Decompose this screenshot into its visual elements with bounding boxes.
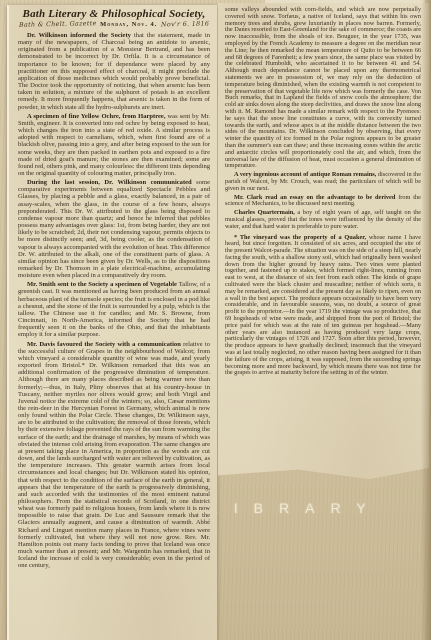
paragraph-lead: Mr. Smith sent to the Society a specimen… xyxy=(27,281,179,288)
article-paragraph: some valleys abounded with corn-fields, … xyxy=(225,7,421,170)
paragraph-lead: Mr. Davis favoured the Society with a co… xyxy=(27,341,183,348)
article-paragraph: Dr. Wilkinson informed the Society that … xyxy=(18,32,210,111)
clipping-left-column: Bath Literary & Philosophical Society, B… xyxy=(7,5,217,640)
article-paragraph: Mr. Clark read an essay on the advantage… xyxy=(225,195,421,209)
article-subline: Bath & Chelt. Gazette Monday, Nov. 4. No… xyxy=(19,21,209,28)
paragraph-lead: A specimen of fine Yellow Ochre, from Ha… xyxy=(27,113,167,120)
article-left-column-text: Dr. Wilkinson informed the Society that … xyxy=(18,32,210,570)
handwritten-source-annotation: Bath & Chelt. Gazette xyxy=(19,20,97,29)
article-paragraph: * The vineyard was the property of a Qua… xyxy=(225,235,421,378)
library-stamp: LIBRARY xyxy=(210,500,420,516)
article-paragraph: Mr. Smith sent to the Society a specimen… xyxy=(18,281,210,338)
article-paragraph: During the last session, Dr. Wilkinson c… xyxy=(18,179,210,279)
paragraph-lead: During the last session, Dr. Wilkinson c… xyxy=(27,179,196,186)
article-paragraph: A very ingenious account of antique Roma… xyxy=(225,172,421,192)
article-paragraph: Mr. Davis favoured the Society with a co… xyxy=(18,341,210,570)
paragraph-lead: Dr. Wilkinson informed the Society xyxy=(27,32,134,39)
article-paragraph: Charles Quartermain, a boy of eight year… xyxy=(225,210,421,230)
scrapbook-page: LIBRARY Bath Literary & Philosophical So… xyxy=(0,0,431,640)
article-right-column-text: some valleys abounded with corn-fields, … xyxy=(225,7,421,377)
handwritten-date-annotation: Nov'r 6. 1816 xyxy=(161,20,209,28)
clipping-right-column: some valleys abounded with corn-fields, … xyxy=(218,3,429,479)
paragraph-lead: Mr. Clark read an essay on the advantage… xyxy=(234,194,398,201)
paragraph-lead: Charles Quartermain, xyxy=(234,209,297,216)
paragraph-lead: * The vineyard was the property of a Qua… xyxy=(234,234,369,241)
meeting-dateline: Monday, Nov. 4. xyxy=(100,21,157,28)
paragraph-lead: A very ingenious account of antique Roma… xyxy=(234,171,378,178)
article-paragraph: A specimen of fine Yellow Ochre, from Ha… xyxy=(18,113,210,177)
article-title: Bath Literary & Philosophical Society, xyxy=(18,8,210,20)
